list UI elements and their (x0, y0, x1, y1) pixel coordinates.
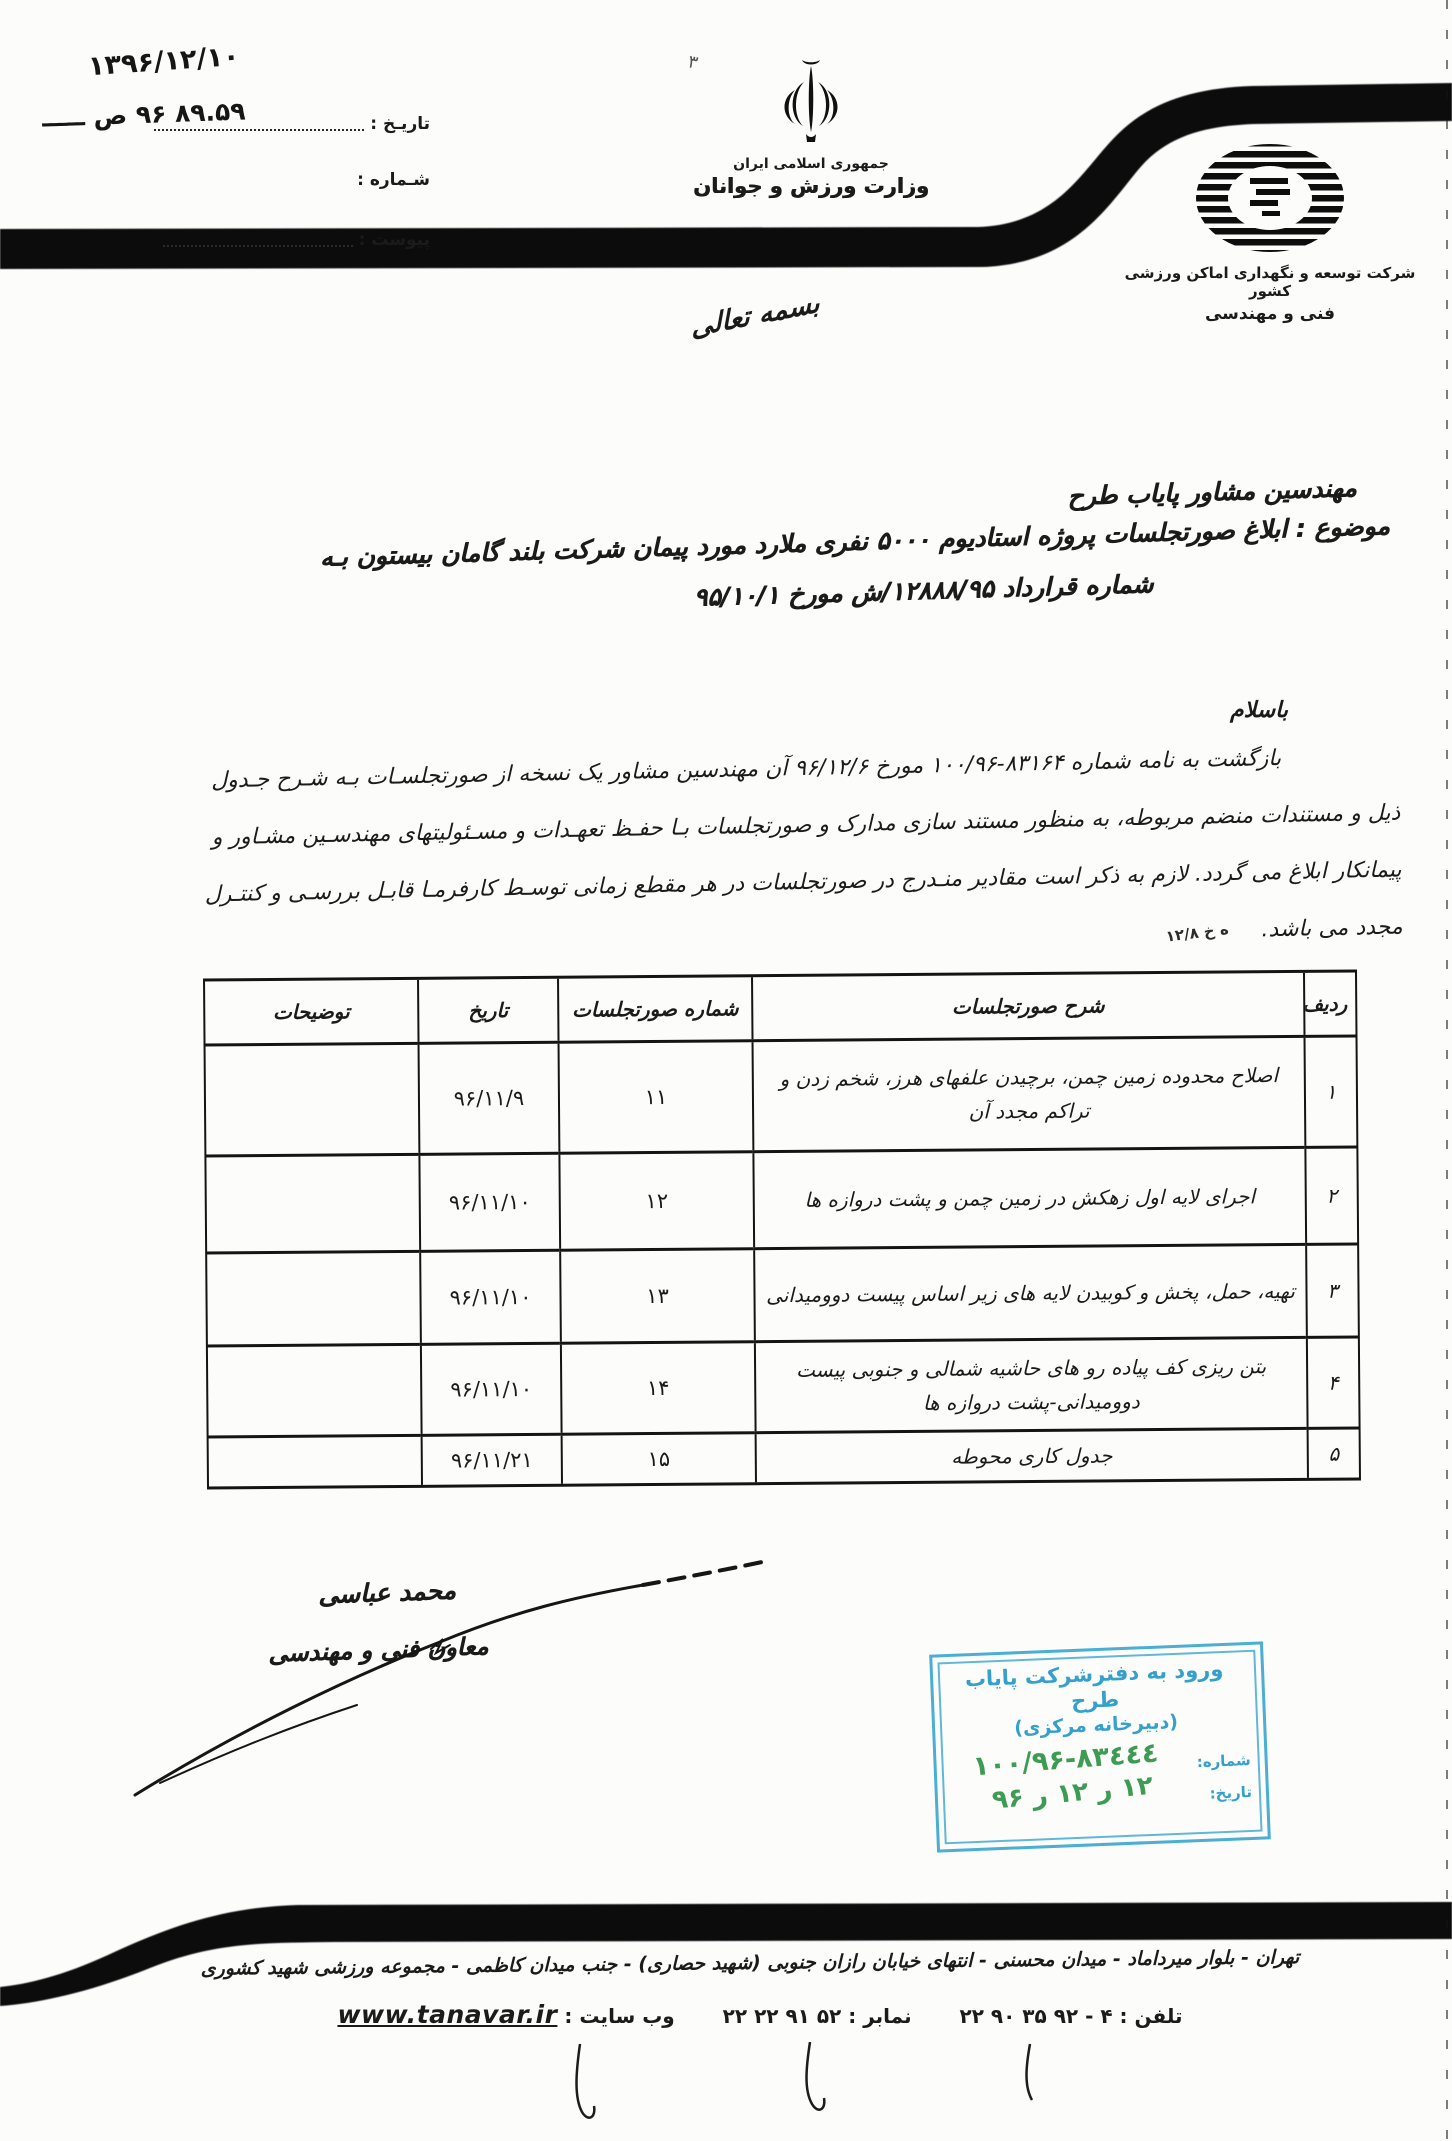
header-minute-number: شماره صورتجلسات (558, 976, 753, 1043)
cell-notes (207, 1344, 422, 1437)
page-edge-artifact (1446, 0, 1448, 2141)
republic-title: جمهوری اسلامی ایران (666, 156, 956, 172)
cell-date: ۹۶/۱۱/۱۰ (420, 1250, 561, 1344)
table-row: ۲ اجرای لایه اول زهکش در زمین چمن و پشت … (205, 1147, 1358, 1253)
attachment-field: پیوست : (163, 230, 430, 250)
footer-contact-line: تلفن : ۴ - ۹۲ ۳۵ ۹۰ ۲۲ نمابر : ۵۲ ۹۱ ۲۲ … (330, 2000, 1190, 2029)
letterhead-center: جمهوری اسلامی ایران وزارت ورزش و جوانان (666, 60, 956, 198)
attachment-label: پیوست : (359, 230, 430, 250)
table-row: ۱ اصلاح محدوده زمین چمن، برچیدن علفهای ه… (205, 1036, 1358, 1156)
cell-description: اجرای لایه اول زهکش در زمین چمن و پشت در… (753, 1147, 1306, 1248)
cell-row-number: ۴ (1307, 1337, 1360, 1428)
meeting-minutes-table: ردیف شرح صورتجلسات شماره صورتجلسات تاریخ… (203, 969, 1361, 1489)
number-field: شـماره : (357, 170, 430, 190)
header-notes: توضیحات (204, 978, 419, 1045)
cell-notes (205, 1043, 420, 1156)
ministry-title: وزارت ورزش و جوانان (666, 174, 956, 198)
website-url: www.tanavar.ir (337, 2000, 557, 2029)
cell-minute-number: ۱۲ (559, 1152, 754, 1251)
cell-description: جدول کاری محوطه (756, 1428, 1308, 1483)
table-header-row: ردیف شرح صورتجلسات شماره صورتجلسات تاریخ… (204, 971, 1356, 1045)
header-description: شرح صورتجلسات (752, 971, 1304, 1040)
phone-value: ۴ - ۹۲ ۳۵ ۹۰ ۲۲ (960, 2004, 1113, 2028)
table-row: ۳ تهیه، حمل، پخش و کوبیدن لایه های زیر ا… (206, 1244, 1359, 1346)
body-paragraph: بازگشت به نامه شماره ۸۳۱۶۴-۱۰۰/۹۶ مورخ ۹… (203, 728, 1404, 983)
cell-row-number: ۵ (1308, 1428, 1360, 1479)
contract-line: شماره قرارداد ۱۲۸۸۸/۹۵/ش مورخ ۹۵/۱۰/۱ (56, 569, 1153, 631)
cell-date: ۹۶/۱۱/۲۱ (422, 1434, 562, 1486)
phone-label: تلفن : (1120, 2004, 1183, 2028)
salutation: باسلام (1230, 698, 1390, 723)
cell-date: ۹۶/۱۱/۱۰ (419, 1153, 560, 1251)
meeting-minutes-table-wrap: ردیف شرح صورتجلسات شماره صورتجلسات تاریخ… (203, 969, 1359, 1489)
subject-block: مهندسین مشاور پایاب طرح موضوع : ابلاغ صو… (54, 472, 1392, 631)
cell-minute-number: ۱۱ (559, 1041, 754, 1154)
header-date: تاریخ (418, 977, 559, 1043)
cell-row-number: ۳ (1306, 1244, 1359, 1337)
scanned-letter-page: تاریـخ : ۱۳۹۶/۱۲/۱۰ شـماره : ۸۹.۵۹ ۹۶ ص … (0, 0, 1452, 2141)
table-row: ۴ بتن ریزی کف پیاده رو های حاشیه شمالی و… (207, 1337, 1360, 1437)
fax-value: ۵۲ ۹۱ ۲۲ ۲۲ (723, 2004, 842, 2028)
attachment-dotted-line (163, 245, 353, 247)
iran-emblem-icon (782, 60, 840, 152)
stamp-number-label: شماره: (1196, 1737, 1251, 1771)
secretariat-entry-stamp: ورود به دفترشرکت پایاب طرح (دبیرخانه مرک… (929, 1641, 1271, 1852)
fax-label: نمابر : (848, 2004, 911, 2028)
company-name: شرکت توسعه و نگهداری اماکن ورزشی کشور (1120, 264, 1420, 300)
cell-minute-number: ۱۳ (560, 1249, 755, 1344)
signature-stroke-icon (95, 1515, 795, 1815)
cell-minute-number: ۱۵ (562, 1433, 756, 1486)
stamp-number-row: شماره: ۱۰۰/۹۶-۸۳٤٤٤ (944, 1737, 1251, 1781)
cell-description: بتن ریزی کف پیاده رو های حاشیه شمالی و ج… (755, 1337, 1308, 1432)
scan-noise-squiggles (560, 2042, 1060, 2132)
company-division: فنی و مهندسی (1120, 304, 1420, 324)
cell-date: ۹۶/۱۱/۱۰ (421, 1343, 562, 1435)
cell-notes (208, 1435, 422, 1488)
website-label: وب سایت : (564, 2004, 674, 2028)
stamp-date-row: تاریخ: ۱۲ ر ۱۲ ر ۹۶ (945, 1775, 1252, 1817)
cell-notes (205, 1154, 420, 1253)
table-row: ۵ جدول کاری محوطه ۱۵ ۹۶/۱۱/۲۱ (208, 1428, 1360, 1488)
body-line-4-text: مجدد می باشد. (1261, 914, 1403, 942)
number-label: شـماره : (357, 170, 430, 190)
header-row-number: ردیف (1304, 971, 1357, 1036)
marginal-handwritten-note: ه خ ۱۲/۸ (1162, 901, 1232, 965)
cell-minute-number: ۱۴ (561, 1342, 756, 1435)
cell-description: تهیه، حمل، پخش و کوبیدن لایه های زیر اسا… (754, 1244, 1307, 1341)
date-dotted-line (154, 129, 364, 131)
company-logo-icon (1192, 140, 1348, 256)
cell-description: اصلاح محدوده زمین چمن، برچیدن علفهای هرز… (753, 1036, 1306, 1151)
cell-row-number: ۱ (1304, 1036, 1357, 1147)
stamp-date-label: تاریخ: (1209, 1775, 1252, 1803)
cell-notes (206, 1251, 421, 1346)
date-label: تاریـخ : (370, 114, 430, 134)
cell-date: ۹۶/۱۱/۹ (419, 1042, 560, 1154)
cell-row-number: ۲ (1305, 1147, 1358, 1244)
letterhead-company: شرکت توسعه و نگهداری اماکن ورزشی کشور فن… (1120, 140, 1420, 324)
